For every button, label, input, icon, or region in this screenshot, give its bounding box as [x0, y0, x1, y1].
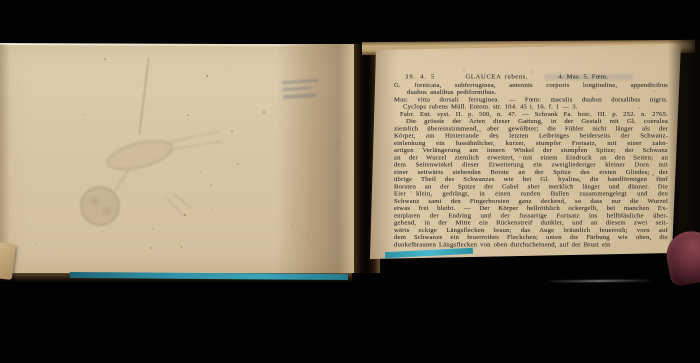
foxing-speck — [328, 223, 330, 225]
foxing-speck — [338, 143, 340, 145]
gutter-fold-shadow — [276, 44, 356, 273]
diagnosis-lines: G. fornicata, subferruginea, antennis co… — [394, 81, 668, 96]
foxing-speck — [307, 233, 308, 234]
page-header: 39. 4. 5 GLAUCEA rubens. 4. Mas. 5. Fœm. — [394, 73, 668, 80]
text-line: dunkelbraunen Längsflecken von oben durc… — [394, 241, 668, 248]
book-photo: 39. 4. 5 GLAUCEA rubens. 4. Mas. 5. Fœm.… — [0, 0, 700, 363]
page-crease — [138, 58, 149, 134]
foxing-speck — [263, 111, 265, 113]
foxing-speck — [83, 114, 84, 115]
species-title: GLAUCEA rubens. — [465, 73, 528, 80]
foxing-speck — [181, 246, 183, 248]
foxing-speck — [147, 103, 149, 105]
foxing-speck — [532, 71, 534, 73]
foxing-speck — [402, 213, 403, 214]
reference-lines: Mas: vitta dorsali ferruginea. — Fœm: ma… — [394, 96, 668, 118]
foxing-speck — [441, 144, 442, 145]
left-page — [0, 44, 356, 273]
page-text: 39. 4. 5 GLAUCEA rubens. 4. Mas. 5. Fœm.… — [394, 73, 668, 261]
foxing-speck — [519, 156, 521, 158]
foxing-speck — [479, 130, 481, 132]
foxing-speck — [187, 115, 188, 116]
foxing-speck — [17, 85, 18, 86]
foxing-speck — [231, 130, 233, 132]
foxing-speck — [184, 214, 186, 216]
right-page: 39. 4. 5 GLAUCEA rubens. 4. Mas. 5. Fœm.… — [360, 40, 700, 266]
copepod-showthrough-illustration — [55, 129, 250, 259]
foxing-speck — [35, 243, 36, 244]
foxing-speck — [210, 184, 212, 186]
foxing-speck — [59, 251, 60, 252]
foxing-speck — [104, 58, 106, 60]
foxing-speck — [101, 231, 102, 232]
foxing-speck — [224, 66, 225, 67]
foxing-speck — [150, 247, 152, 249]
foxing-speck — [638, 107, 640, 109]
plate-numbers: 39. 4. 5 — [405, 73, 435, 80]
foxing-speck — [206, 75, 208, 77]
description-paragraph: Die grösste der Arten dieser Gattung, in… — [394, 118, 668, 249]
foxing-speck — [200, 171, 201, 172]
foxing-speck — [652, 174, 654, 176]
foxing-speck — [463, 69, 465, 71]
figure-refs: 4. Mas. 5. Fœm. — [558, 73, 608, 80]
left-edge-shade — [0, 44, 10, 273]
table-edge-glint — [548, 279, 650, 282]
